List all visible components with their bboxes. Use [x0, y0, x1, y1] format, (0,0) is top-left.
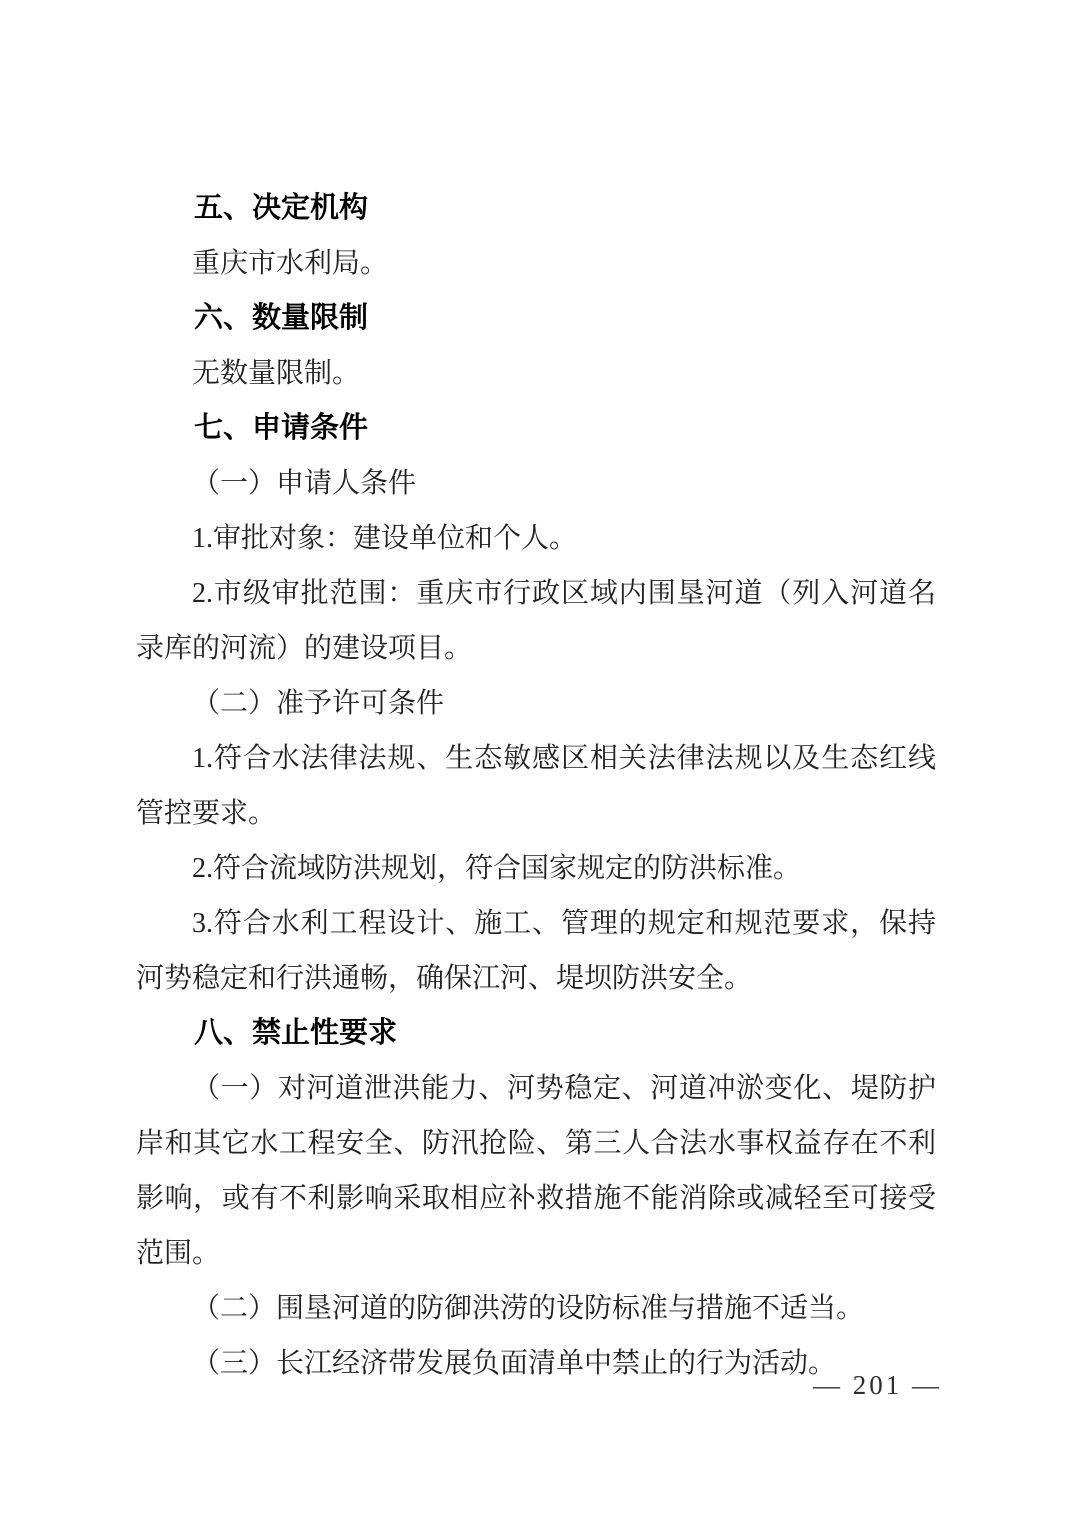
paragraph-permit-conditions-title: （二）准予许可条件	[136, 676, 936, 731]
paragraph-permit-condition-2: 2.符合流域防洪规划，符合国家规定的防洪标准。	[136, 841, 936, 896]
paragraph-quantity-limit: 无数量限制。	[136, 346, 936, 401]
paragraph-permit-condition-1: 1.符合水法律法规、生态敏感区相关法律法规以及生态红线管控要求。	[136, 731, 936, 841]
paragraph-permit-condition-3: 3.符合水利工程设计、施工、管理的规定和规范要求，保持河势稳定和行洪通畅，确保江…	[136, 896, 936, 1006]
page-number: — 201 —	[813, 1368, 942, 1402]
section-heading-application-conditions: 七、申请条件	[136, 401, 936, 456]
section-heading-decision-authority: 五、决定机构	[136, 181, 936, 236]
paragraph-prohibition-1: （一）对河道泄洪能力、河势稳定、河道冲淤变化、堤防护岸和其它水工程安全、防汛抢险…	[136, 1061, 936, 1281]
section-heading-prohibitions: 八、禁止性要求	[136, 1006, 936, 1061]
document-page: 五、决定机构 重庆市水利局。 六、数量限制 无数量限制。 七、申请条件 （一）申…	[0, 0, 1074, 1520]
document-body: 五、决定机构 重庆市水利局。 六、数量限制 无数量限制。 七、申请条件 （一）申…	[136, 181, 936, 1391]
paragraph-prohibition-2: （二）围垦河道的防御洪涝的设防标准与措施不适当。	[136, 1281, 936, 1336]
paragraph-applicant-conditions-title: （一）申请人条件	[136, 456, 936, 511]
paragraph-approval-scope: 2.市级审批范围：重庆市行政区域内围垦河道（列入河道名录库的河流）的建设项目。	[136, 566, 936, 676]
paragraph-decision-authority: 重庆市水利局。	[136, 236, 936, 291]
section-heading-quantity-limit: 六、数量限制	[136, 291, 936, 346]
paragraph-approval-target: 1.审批对象：建设单位和个人。	[136, 511, 936, 566]
